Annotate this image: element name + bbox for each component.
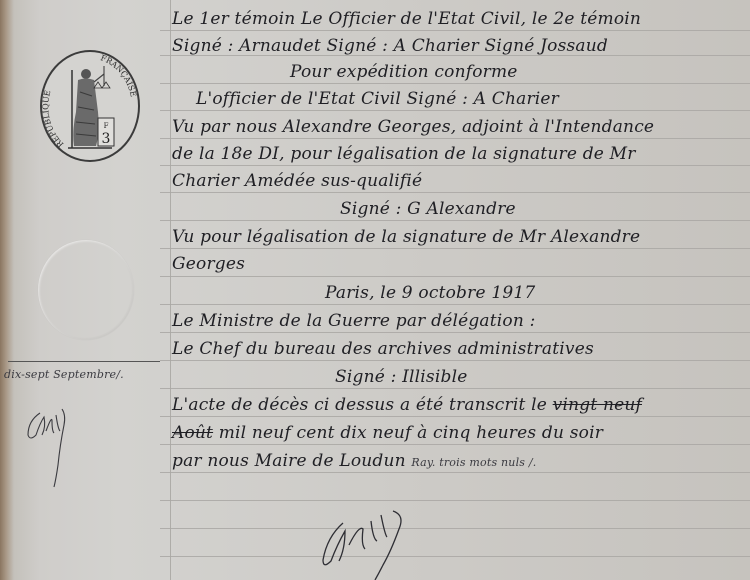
text-line: Le Ministre de la Guerre par délégation … — [172, 311, 536, 331]
text-line: Georges — [172, 254, 245, 274]
text-line: de la 18e DI, pour légalisation de la si… — [172, 144, 636, 164]
ruled-line — [160, 248, 750, 249]
svg-text:F: F — [104, 122, 109, 130]
ruled-line — [160, 472, 750, 473]
ruled-line — [160, 110, 750, 111]
ruled-line — [160, 276, 750, 277]
ruled-line — [160, 388, 750, 389]
text-line: par nous Maire de Loudun Ray. trois mots… — [172, 451, 536, 471]
ruled-line — [160, 528, 750, 529]
ruled-line — [160, 360, 750, 361]
text-line: Vu par nous Alexandre Georges, adjoint à… — [172, 117, 654, 137]
text-line: Signé : Illisible — [335, 367, 467, 387]
struck-text: vingt neuf — [553, 395, 642, 415]
ruled-line — [160, 304, 750, 305]
ruled-line — [160, 138, 750, 139]
ruled-line — [160, 83, 750, 84]
margin-signature-icon — [22, 405, 82, 495]
text-line: Vu pour légalisation de la signature de … — [172, 227, 640, 247]
ruled-line — [160, 165, 750, 166]
ruled-line — [160, 332, 750, 333]
text-line: Août mil neuf cent dix neuf à cinq heure… — [172, 423, 603, 443]
struck-text: Août — [172, 423, 213, 443]
margin-separator — [8, 361, 160, 362]
embossed-seal — [38, 240, 134, 340]
mayor-signature-icon — [315, 505, 445, 580]
ruled-line — [160, 416, 750, 417]
marianne-stamp-icon: RÉPUBLIQUE FRANÇAISE F 3 — [42, 52, 138, 160]
svg-text:3: 3 — [102, 131, 111, 147]
text-segment: par nous Maire de Loudun — [172, 451, 406, 471]
ruled-line — [160, 192, 750, 193]
text-segment: L'acte de décès ci dessus a été transcri… — [172, 395, 547, 415]
ruled-line — [160, 30, 750, 31]
ruled-line — [160, 444, 750, 445]
text-line: Signé : G Alexandre — [340, 199, 516, 219]
register-page: RÉPUBLIQUE FRANÇAISE F 3 dix-sept Septem… — [0, 0, 750, 580]
text-line: Paris, le 9 octobre 1917 — [325, 283, 535, 303]
text-line: L'officier de l'Etat Civil Signé : A Cha… — [196, 89, 559, 109]
margin-line — [170, 0, 171, 580]
text-line: Signé : Arnaudet Signé : A Charier Signé… — [172, 36, 608, 56]
svg-text:RÉPUBLIQUE: RÉPUBLIQUE — [42, 89, 65, 149]
ruled-line — [160, 500, 750, 501]
ruled-line — [160, 556, 750, 557]
text-line: Charier Amédée sus-qualifié — [172, 171, 422, 191]
svg-text:FRANÇAISE: FRANÇAISE — [99, 53, 138, 97]
text-line: Pour expédition conforme — [290, 62, 518, 82]
annotation: Ray. trois mots nuls /. — [411, 456, 536, 469]
text-line: L'acte de décès ci dessus a été transcri… — [172, 395, 642, 415]
text-line: Le 1er témoin Le Officier de l'Etat Civi… — [172, 9, 641, 29]
text-line: Le Chef du bureau des archives administr… — [172, 339, 594, 359]
margin-note: dix-sept Septembre/. — [4, 368, 124, 381]
text-segment: mil neuf cent dix neuf à cinq heures du … — [219, 423, 603, 443]
fiscal-stamp: RÉPUBLIQUE FRANÇAISE F 3 — [40, 50, 140, 162]
ruled-line — [160, 220, 750, 221]
